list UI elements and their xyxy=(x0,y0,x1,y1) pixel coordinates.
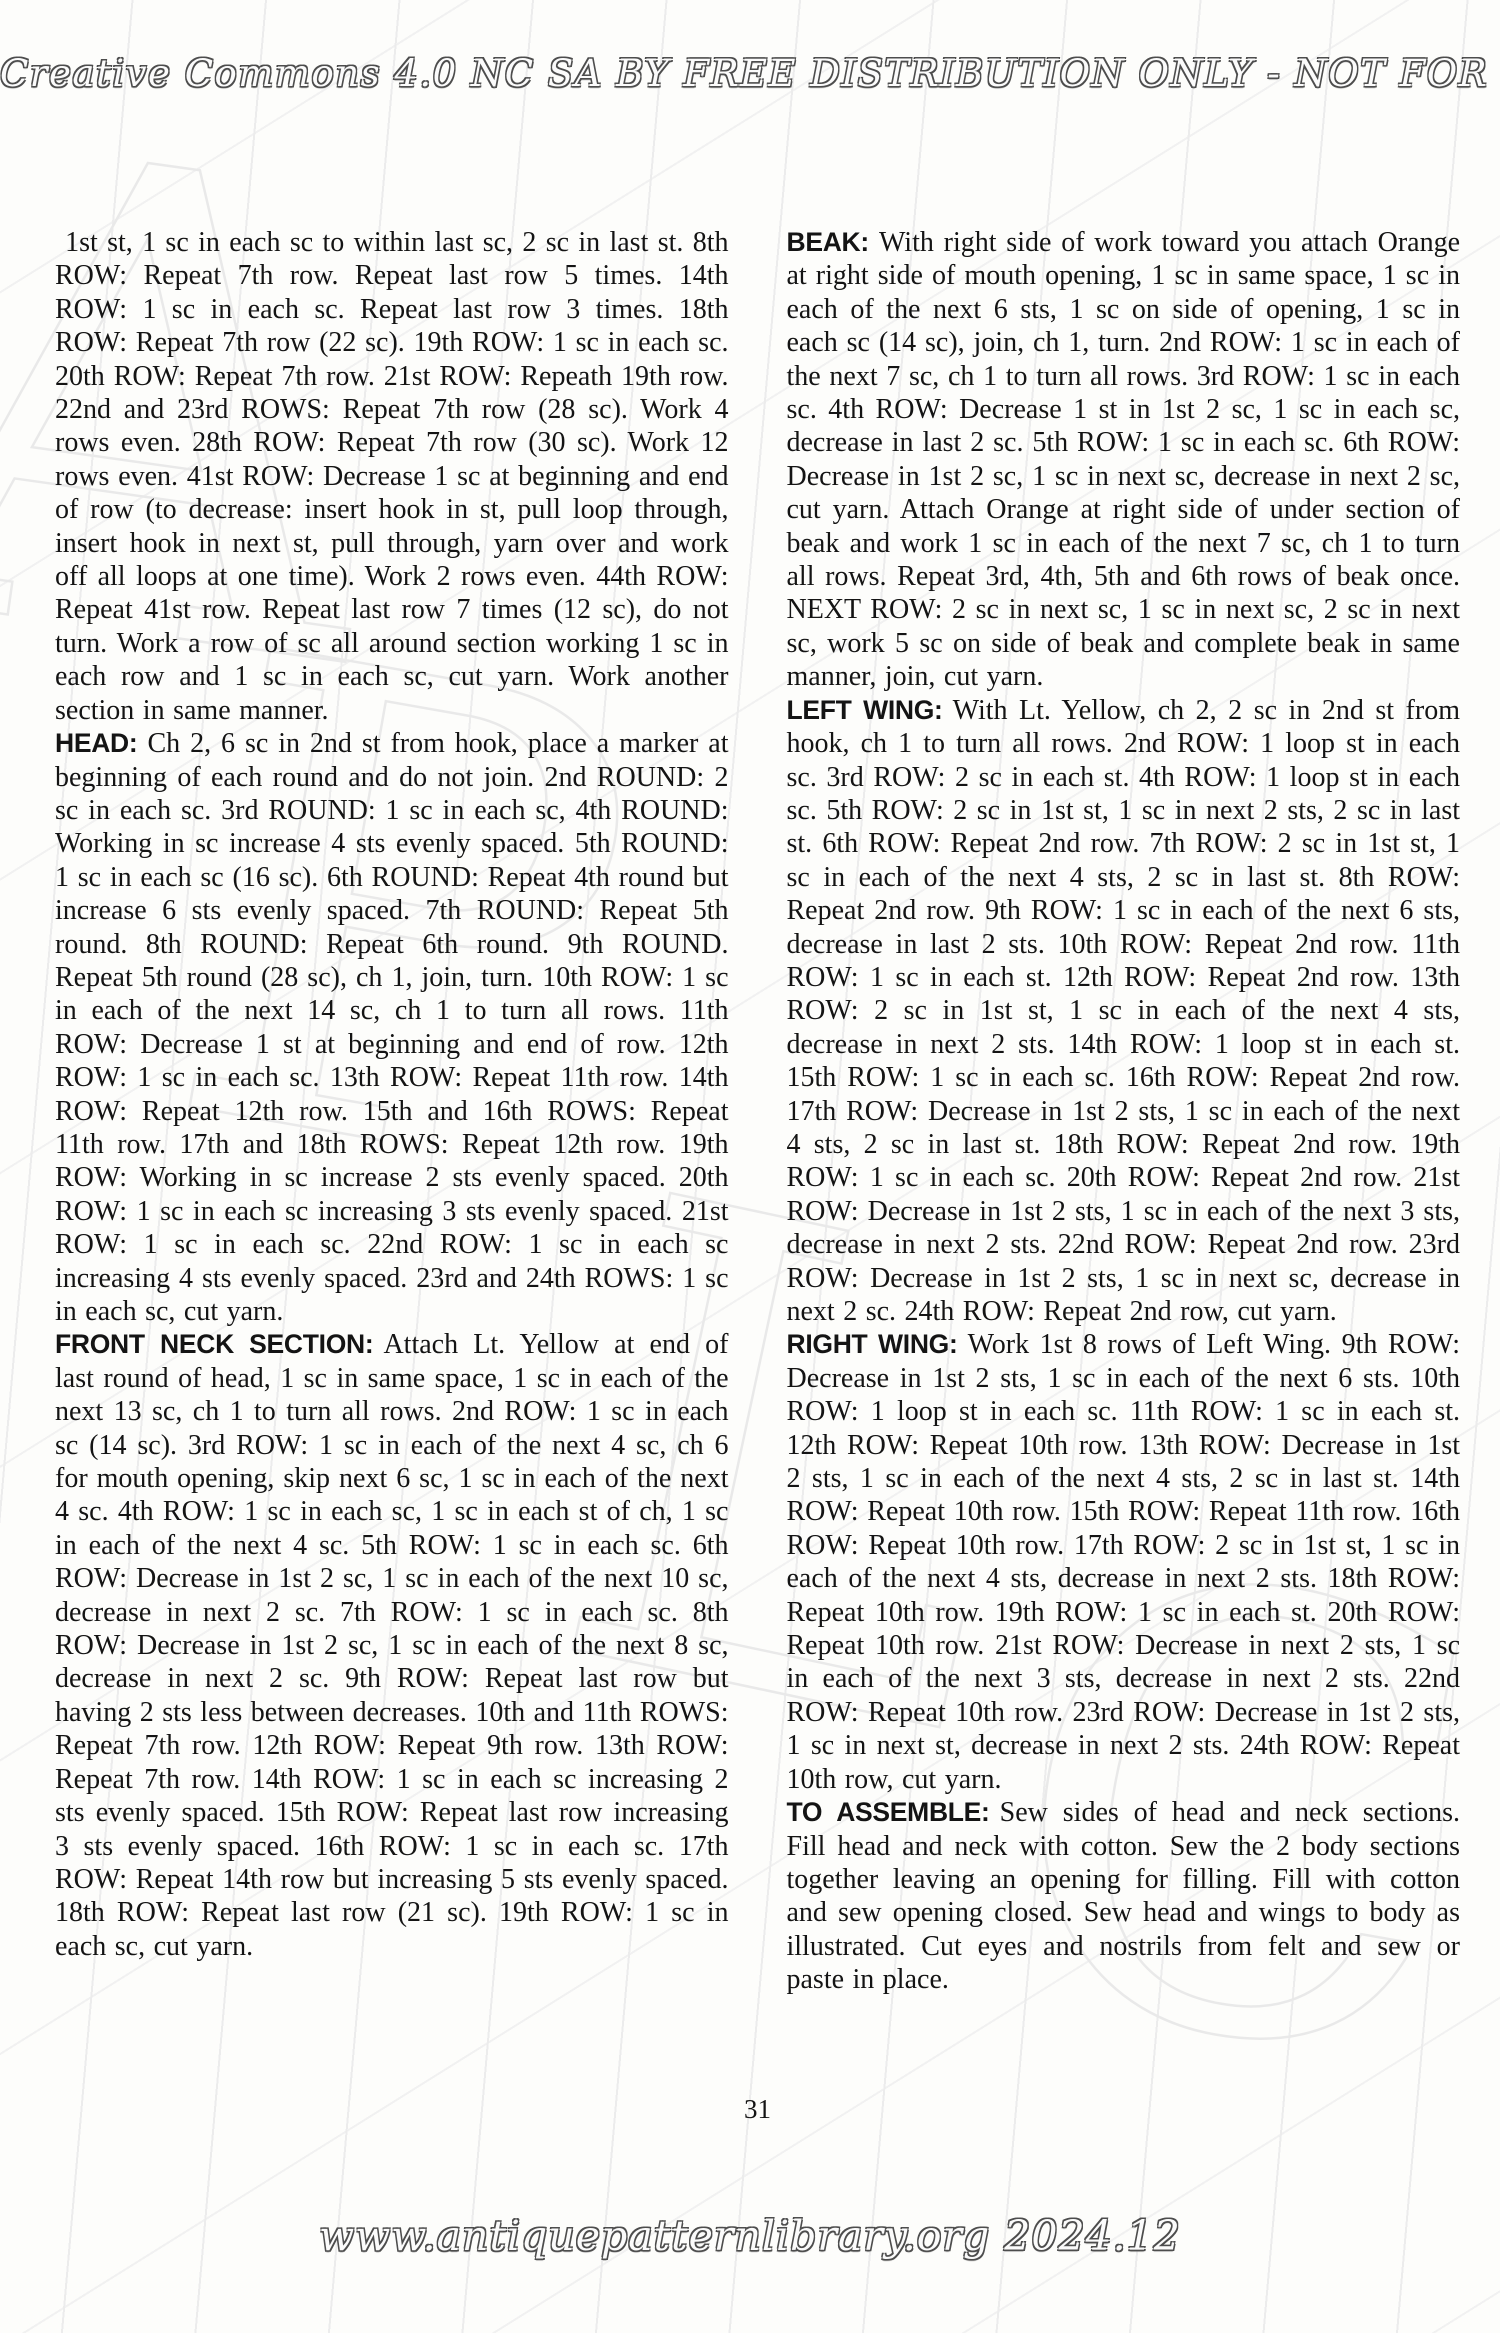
paragraph-front-neck-section: FRONT NECK SECTION:Attach Lt. Yellow at … xyxy=(55,1328,729,1963)
section-label xyxy=(55,227,65,257)
paragraph-text: With Lt. Yellow, ch 2, 2 sc in 2nd st fr… xyxy=(787,695,1461,1327)
paragraph-text: With right side of work toward you attac… xyxy=(787,227,1461,692)
paragraph-to-assemble: TO ASSEMBLE:Sew sides of head and neck s… xyxy=(787,1796,1461,1996)
paragraph-left-wing: LEFT WING:With Lt. Yellow, ch 2, 2 sc in… xyxy=(787,694,1461,1329)
license-banner: Creative Commons 4.0 NC SA BY FREE DISTR… xyxy=(0,52,1500,95)
section-label-right-wing: RIGHT WING: xyxy=(787,1329,968,1359)
paragraph-continuation: 1st st, 1 sc in each sc to within last s… xyxy=(55,226,729,727)
section-label-left-wing: LEFT WING: xyxy=(787,695,953,725)
footer-site-stamp: www.antiquepatternlibrary.org 2024.12 xyxy=(0,2212,1500,2260)
paragraph-beak: BEAK:With right side of work toward you … xyxy=(787,226,1461,694)
paragraph-text: Ch 2, 6 sc in 2nd st from hook, place a … xyxy=(55,728,729,1327)
left-column: 1st st, 1 sc in each sc to within last s… xyxy=(55,226,729,1997)
paragraph-text: 1st st, 1 sc in each sc to within last s… xyxy=(55,227,729,726)
section-label-head: HEAD: xyxy=(55,728,147,758)
paragraph-head: HEAD:Ch 2, 6 sc in 2nd st from hook, pla… xyxy=(55,727,729,1328)
paragraph-right-wing: RIGHT WING:Work 1st 8 rows of Left Wing.… xyxy=(787,1328,1461,1796)
section-label-beak: BEAK: xyxy=(787,227,879,257)
section-label-to-assemble: TO ASSEMBLE: xyxy=(787,1797,1000,1827)
paragraph-text: Attach Lt. Yellow at end of last round o… xyxy=(55,1329,729,1961)
page-number: 31 xyxy=(55,2094,1460,2125)
paragraph-text: Work 1st 8 rows of Left Wing. 9th ROW: D… xyxy=(787,1329,1461,1794)
scanned-page: A P L C Creative Commons 4.0 NC SA BY FR… xyxy=(0,0,1500,2333)
pattern-text-columns: 1st st, 1 sc in each sc to within last s… xyxy=(55,226,1460,1997)
section-label-front-neck-section: FRONT NECK SECTION: xyxy=(55,1329,383,1359)
right-column: BEAK:With right side of work toward you … xyxy=(787,226,1461,1997)
